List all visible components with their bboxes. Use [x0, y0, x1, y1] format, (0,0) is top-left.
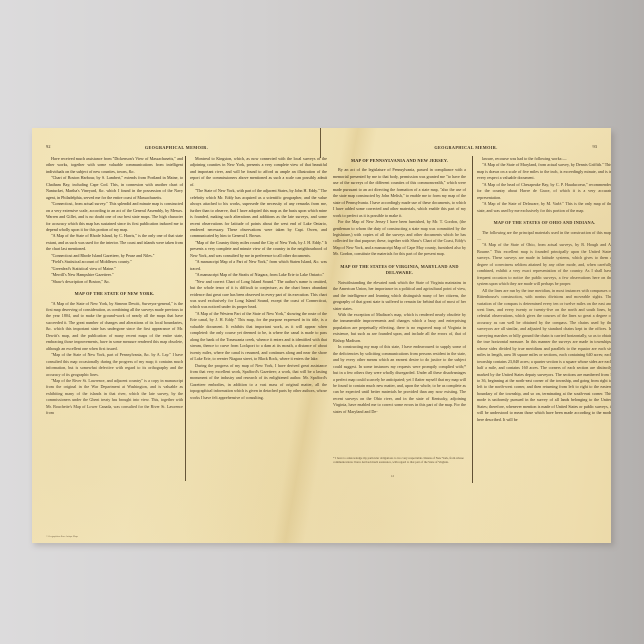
paragraph: "A Map of the State of Delaware, by M. V…: [477, 201, 611, 214]
paragraph: By an act of the legislature of Pennsylv…: [333, 167, 466, 219]
paragraph: "Shaw's description of Boston," &c.: [46, 279, 183, 285]
paragraph: "The State of New York, with part of the…: [190, 188, 327, 240]
paragraph: "Map of the Country thirty miles round t…: [190, 240, 327, 259]
paragraph: With the exception of Madison's map, whi…: [333, 312, 466, 344]
paragraph: "A Map of the head of Chesapeake Bay, by…: [477, 182, 611, 201]
text-column: Have received much assistance from "Dick…: [46, 156, 183, 417]
paragraph: "A Map of the State of Maryland, from ac…: [477, 162, 611, 181]
paragraph: During the progress of my map of New Yor…: [190, 363, 327, 402]
section-heading: MAP OF THE STATE OF NEW YORK.: [46, 291, 183, 297]
paragraph: Notwithstanding the elevated rank which …: [333, 280, 466, 312]
signature-mark: 12: [391, 474, 394, 478]
paragraph: "A Map of the State of Ohio, from actual…: [477, 242, 611, 287]
column-rule: [472, 156, 473, 483]
text-column: MAP OF PENNSYLVANIA AND NEW JERSEY.By an…: [333, 156, 466, 415]
text-column: laware, recourse was had to the followin…: [477, 156, 611, 423]
section-heading: MAP OF THE STATES OF OHIO AND INDIANA.: [477, 220, 611, 226]
paragraph: "New and correct Chart of Long Island So…: [190, 279, 327, 311]
running-head: GEOGRAPHICAL MEMOIR.: [321, 145, 611, 150]
section-heading: MAP OF THE STATES OF VIRGINIA, MARYLAND …: [333, 264, 466, 277]
right-page: GEOGRAPHICAL MEMOIR. 93 MAP OF PENNSYLVA…: [321, 128, 611, 543]
paragraph: All the lines are run by the true meridi…: [477, 288, 611, 424]
text-column: Montreal to Kingston, which, as now conn…: [190, 156, 327, 401]
imprint: © Geographicus Rare Antique Maps: [46, 536, 78, 538]
paragraph: In constructing my map of this state, I …: [333, 344, 466, 415]
paragraph: Have received much assistance from "Dick…: [46, 156, 183, 175]
page-number: 93: [593, 144, 598, 149]
paragraph: "Map of the River St. Lawrence, and adja…: [46, 378, 183, 417]
section-heading: MAP OF PENNSYLVANIA AND NEW JERSEY.: [333, 158, 466, 164]
paragraph: "Chart of Boston Harbour, by S. Lambert,…: [46, 175, 183, 201]
paragraph: "A Map of the State of Rhode Island, by …: [46, 233, 183, 252]
paragraph: "A manuscript Map of the Straits of Niag…: [190, 272, 327, 278]
paragraph: "Connecticut, from actual survey." This …: [46, 201, 183, 233]
column-rule: [185, 156, 186, 481]
paragraph: "A Map of the Western Part of the State …: [190, 311, 327, 363]
paragraph: The following are the principal material…: [477, 230, 611, 243]
paragraph: "A Map of the State of New York, by Sime…: [46, 301, 183, 353]
paragraph: For the Map of New Jersey I have been fu…: [333, 219, 466, 258]
paragraph: "Map of the State of New York, part of P…: [46, 352, 183, 378]
document-poster: 92 GEOGRAPHICAL MEMOIR. Have received mu…: [32, 128, 611, 543]
paragraph: Montreal to Kingston, which, as now conn…: [190, 156, 327, 188]
paragraph: "A manuscript Map of a Part of New York,…: [190, 259, 327, 272]
footnote: * I have to acknowledge my particular ob…: [333, 456, 466, 465]
running-head: GEOGRAPHICAL MEMOIR.: [32, 145, 321, 150]
left-page: 92 GEOGRAPHICAL MEMOIR. Have received mu…: [32, 128, 321, 543]
